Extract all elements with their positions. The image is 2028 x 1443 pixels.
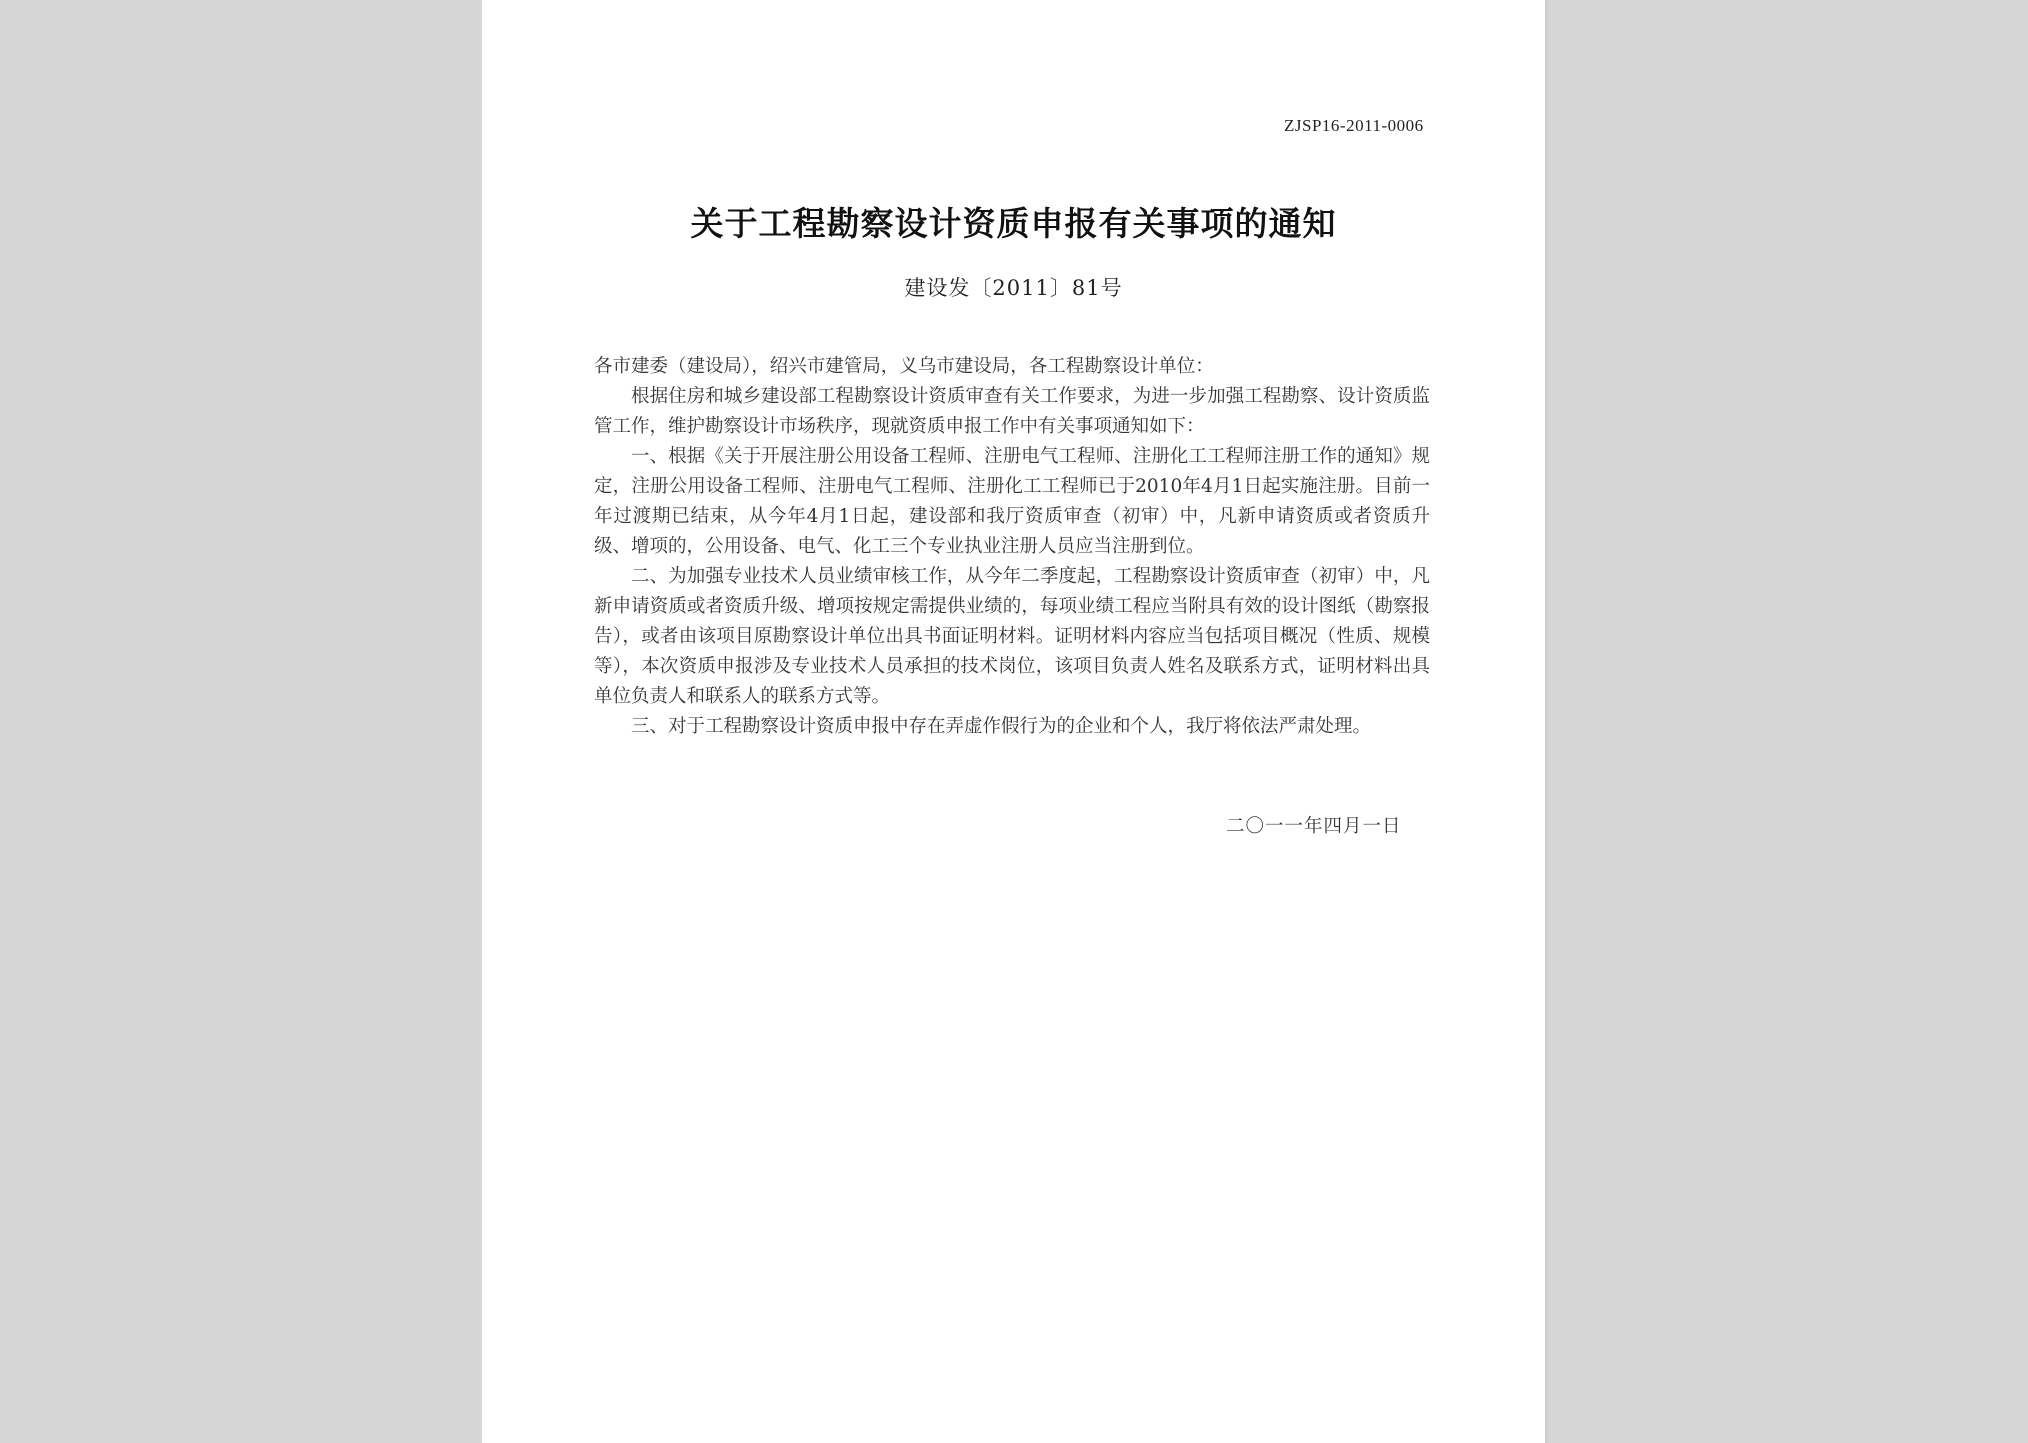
document-body: 各市建委（建设局），绍兴市建管局，义乌市建设局，各工程勘察设计单位： 根据住房和… <box>594 352 1430 742</box>
paragraph-item-1: 一、根据《关于开展注册公用设备工程师、注册电气工程师、注册化工工程师注册工作的通… <box>594 442 1430 562</box>
paragraph-item-2: 二、为加强专业技术人员业绩审核工作，从今年二季度起，工程勘察设计资质审查（初审）… <box>594 562 1430 712</box>
paragraph-item-3: 三、对于工程勘察设计资质申报中存在弄虚作假行为的企业和个人，我厅将依法严肃处理。 <box>594 712 1430 742</box>
signature-date: 二〇一一年四月一日 <box>1226 812 1402 838</box>
document-page: ZJSP16-2011-0006 关于工程勘察设计资质申报有关事项的通知 建设发… <box>482 0 1548 1443</box>
document-number: 建设发〔2011〕81号 <box>482 272 1545 302</box>
paragraph-intro: 根据住房和城乡建设部工程勘察设计资质审查有关工作要求，为进一步加强工程勘察、设计… <box>594 382 1430 442</box>
document-title: 关于工程勘察设计资质申报有关事项的通知 <box>482 198 1545 245</box>
document-code: ZJSP16-2011-0006 <box>1284 116 1424 136</box>
salutation: 各市建委（建设局），绍兴市建管局，义乌市建设局，各工程勘察设计单位： <box>594 352 1430 382</box>
